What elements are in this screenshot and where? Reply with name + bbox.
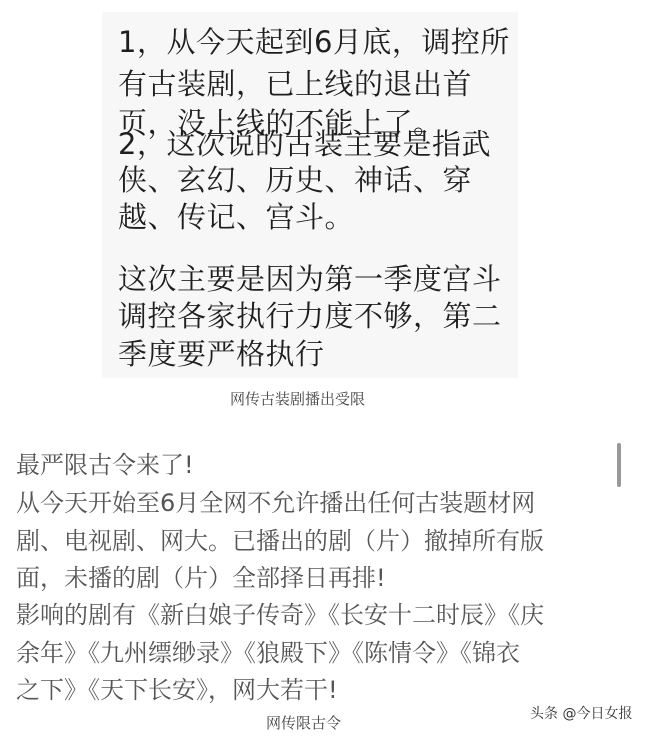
- bottom-text-line: 从今天开始至6月全网不允许播出任何古装题材网: [16, 490, 535, 516]
- top-text-line: 有古装剧，已上线的退出首: [118, 70, 472, 99]
- bottom-text-line: 剧、电视剧、网大。已播出的剧（片）撤掉所有版: [16, 528, 544, 554]
- top-text-line: 这次主要是因为第一季度宫斗: [118, 265, 502, 294]
- bottom-caption: 网传限古令: [266, 712, 341, 733]
- bottom-text-line: 面，未播的剧（片）全部择日再排!: [16, 565, 386, 591]
- top-text-line: 2，这次说的古装主要是指武: [118, 130, 491, 159]
- top-text-line: 1，从今天起到6月底，调控所: [118, 28, 510, 57]
- scrollbar[interactable]: [617, 443, 621, 487]
- bottom-text-line: 余年》《九州缥缈录》《狼殿下》《陈情令》《锦衣: [16, 640, 520, 666]
- bottom-text-line: 最严限古令来了!: [16, 452, 194, 478]
- bottom-text-line: 影响的剧有《新白娘子传奇》《长安十二时辰》《庆: [16, 602, 544, 628]
- bottom-text-line: 之下》《天下长安》，网大若干!: [16, 677, 338, 703]
- top-text-line: 侠、玄幻、历史、神话、穿: [118, 166, 472, 195]
- top-text-line: 调控各家执行力度不够，第二: [118, 302, 502, 331]
- top-text-line: 季度要严格执行: [118, 340, 325, 369]
- top-text-line: 越、传记、宫斗。: [118, 203, 354, 232]
- source-watermark: 头条 @今日女报: [530, 703, 632, 723]
- top-caption: 网传古装剧播出受限: [230, 388, 365, 409]
